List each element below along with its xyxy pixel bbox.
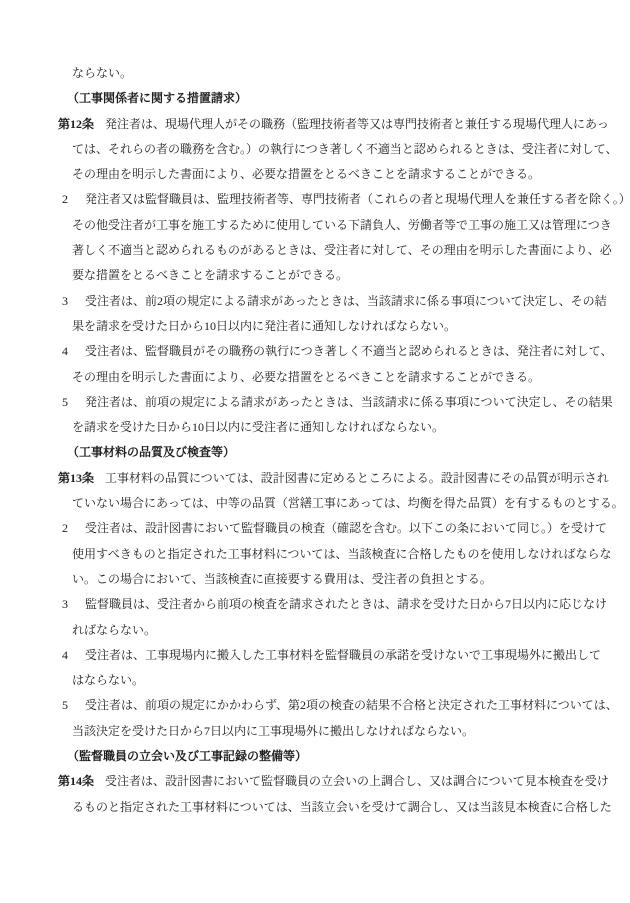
line-text: 発注者は、現場代理人がその職務（監理技術者等又は専門技術者と兼任する現場代理人に…	[105, 117, 609, 131]
line-text: 工事材料の品質については、設計図書に定めるところによる。設計図書にその品質が明示…	[105, 471, 609, 485]
line-text: 受注者は、工事現場内に搬入した工事材料を監督職員の承諾を受けないで工事現場外に搬…	[85, 648, 601, 662]
line-text: 受注者は、前2項の規定による請求があったときは、当該請求に係る事項について決定し…	[85, 294, 607, 308]
document-line: るものと指定された工事材料については、当該立会いを受けて調合し、又は当該見本検査…	[58, 795, 626, 820]
line-text: るものと指定された工事材料については、当該立会いを受けて調合し、又は当該見本検査…	[72, 800, 612, 814]
document-line: 3受注者は、前2項の規定による請求があったときは、当該請求に係る事項について決定…	[58, 289, 626, 314]
clause-heading-text: （工事関係者に関する措置請求）	[67, 91, 247, 105]
line-text: 使用すべきものと指定された工事材料については、当該検査に合格したものを使用しなけ…	[72, 547, 612, 561]
document-line: い。この場合において、当該検査に直接要する費用は、受注者の負担とする。	[58, 567, 626, 592]
line-text: 受注者は、設計図書において監督職員の検査（確認を含む。以下この条において同じ。）…	[85, 521, 607, 535]
document-line: 使用すべきものと指定された工事材料については、当該検査に合格したものを使用しなけ…	[58, 542, 626, 567]
paragraph-number: 3	[58, 592, 74, 617]
document-page: ならない。（工事関係者に関する措置請求）第12条発注者は、現場代理人がその職務（…	[0, 0, 630, 903]
document-line: 2受注者は、設計図書において監督職員の検査（確認を含む。以下この条において同じ。…	[58, 516, 626, 541]
document-line: ればならない。	[58, 618, 626, 643]
line-text: 要な措置をとるべきことを請求することができる。	[72, 268, 348, 282]
line-text: 著しく不適当と認められるものがあるときは、受注者に対して、その理由を明示した書面…	[72, 243, 612, 257]
line-text: その理由を明示した書面により、必要な措置をとるべきことを請求することができる。	[72, 370, 540, 384]
line-text: 受注者は、前項の規定にかかわらず、第2項の検査の結果不合格と決定された工事材料に…	[85, 698, 618, 712]
document-line: 果を請求を受けた日から10日以内に発注者に通知しなければならない。	[58, 314, 626, 339]
line-text: 受注者は、設計図書において監督職員の立会いの上調合し、又は調合について見本検査を…	[105, 774, 609, 788]
document-body: ならない。（工事関係者に関する措置請求）第12条発注者は、現場代理人がその職務（…	[0, 0, 630, 820]
document-line: ては、それらの者の職務を含む。）の執行につき著しく不適当と認められるときは、受注…	[58, 137, 626, 162]
document-line: （工事材料の品質及び検査等）	[58, 440, 626, 465]
article-number: 第12条	[58, 117, 94, 131]
line-text: ては、それらの者の職務を含む。）の執行につき著しく不適当と認められるときは、受注…	[72, 142, 618, 156]
line-text: 当該決定を受けた日から7日以内に工事現場外に搬出しなければならない。	[72, 724, 474, 738]
line-text: ていない場合にあっては、中等の品質（営繕工事にあっては、均衡を得た品質）を有する…	[72, 496, 624, 510]
document-line: その理由を明示した書面により、必要な措置をとるべきことを請求することができる。	[58, 162, 626, 187]
document-line: （監督職員の立会い及び工事記録の整備等）	[58, 744, 626, 769]
line-text: 発注者又は監督職員は、監理技術者等、専門技術者（これらの者と現場代理人を兼任する…	[85, 192, 630, 206]
document-line: 当該決定を受けた日から7日以内に工事現場外に搬出しなければならない。	[58, 719, 626, 744]
document-line: その他受注者が工事を施工するために使用している下請負人、労働者等で工事の施工又は…	[58, 213, 626, 238]
document-line: 5発注者は、前項の規定による請求があったときは、当該請求に係る事項について決定し…	[58, 390, 626, 415]
paragraph-number: 4	[58, 339, 74, 364]
line-text: 監督職員は、受注者から前項の検査を請求されたときは、請求を受けた日から7日以内に…	[85, 597, 607, 611]
line-text: はならない。	[72, 673, 144, 687]
document-line: ならない。	[58, 61, 626, 86]
paragraph-number: 5	[58, 390, 74, 415]
document-line: （工事関係者に関する措置請求）	[58, 86, 626, 111]
paragraph-number: 3	[58, 289, 74, 314]
document-line: 要な措置をとるべきことを請求することができる。	[58, 263, 626, 288]
document-line: 著しく不適当と認められるものがあるときは、受注者に対して、その理由を明示した書面…	[58, 238, 626, 263]
document-line: 3監督職員は、受注者から前項の検査を請求されたときは、請求を受けた日から7日以内…	[58, 592, 626, 617]
line-text: を請求を受けた日から10日以内に受注者に通知しなければならない。	[72, 420, 444, 434]
document-line: その理由を明示した書面により、必要な措置をとるべきことを請求することができる。	[58, 365, 626, 390]
paragraph-number: 5	[58, 693, 74, 718]
article-number: 第13条	[58, 471, 94, 485]
document-line: 第14条受注者は、設計図書において監督職員の立会いの上調合し、又は調合について見…	[58, 769, 626, 794]
clause-heading-text: （工事材料の品質及び検査等）	[67, 445, 235, 459]
line-text: その理由を明示した書面により、必要な措置をとるべきことを請求することができる。	[72, 167, 540, 181]
document-line: を請求を受けた日から10日以内に受注者に通知しなければならない。	[58, 415, 626, 440]
line-text: ればならない。	[72, 623, 156, 637]
document-line: 第12条発注者は、現場代理人がその職務（監理技術者等又は専門技術者と兼任する現場…	[58, 112, 626, 137]
line-text: い。この場合において、当該検査に直接要する費用は、受注者の負担とする。	[72, 572, 492, 586]
document-line: 4受注者は、監督職員がその職務の執行につき著しく不適当と認められるときは、発注者…	[58, 339, 626, 364]
document-line: 5受注者は、前項の規定にかかわらず、第2項の検査の結果不合格と決定された工事材料…	[58, 693, 626, 718]
line-text: 受注者は、監督職員がその職務の執行につき著しく不適当と認められるときは、発注者に…	[85, 344, 613, 358]
paragraph-number: 4	[58, 643, 74, 668]
clause-heading-text: （監督職員の立会い及び工事記録の整備等）	[67, 749, 307, 763]
document-line: 4受注者は、工事現場内に搬入した工事材料を監督職員の承諾を受けないで工事現場外に…	[58, 643, 626, 668]
paragraph-number: 2	[58, 516, 74, 541]
line-text: ならない。	[72, 66, 132, 80]
document-line: 第13条工事材料の品質については、設計図書に定めるところによる。設計図書にその品…	[58, 466, 626, 491]
line-text: 果を請求を受けた日から10日以内に発注者に通知しなければならない。	[72, 319, 456, 333]
document-line: はならない。	[58, 668, 626, 693]
line-text: 発注者は、前項の規定による請求があったときは、当該請求に係る事項について決定し、…	[85, 395, 613, 409]
paragraph-number: 2	[58, 187, 74, 212]
line-text: その他受注者が工事を施工するために使用している下請負人、労働者等で工事の施工又は…	[72, 218, 612, 232]
document-line: 2発注者又は監督職員は、監理技術者等、専門技術者（これらの者と現場代理人を兼任す…	[58, 187, 626, 212]
article-number: 第14条	[58, 774, 94, 788]
document-line: ていない場合にあっては、中等の品質（営繕工事にあっては、均衡を得た品質）を有する…	[58, 491, 626, 516]
